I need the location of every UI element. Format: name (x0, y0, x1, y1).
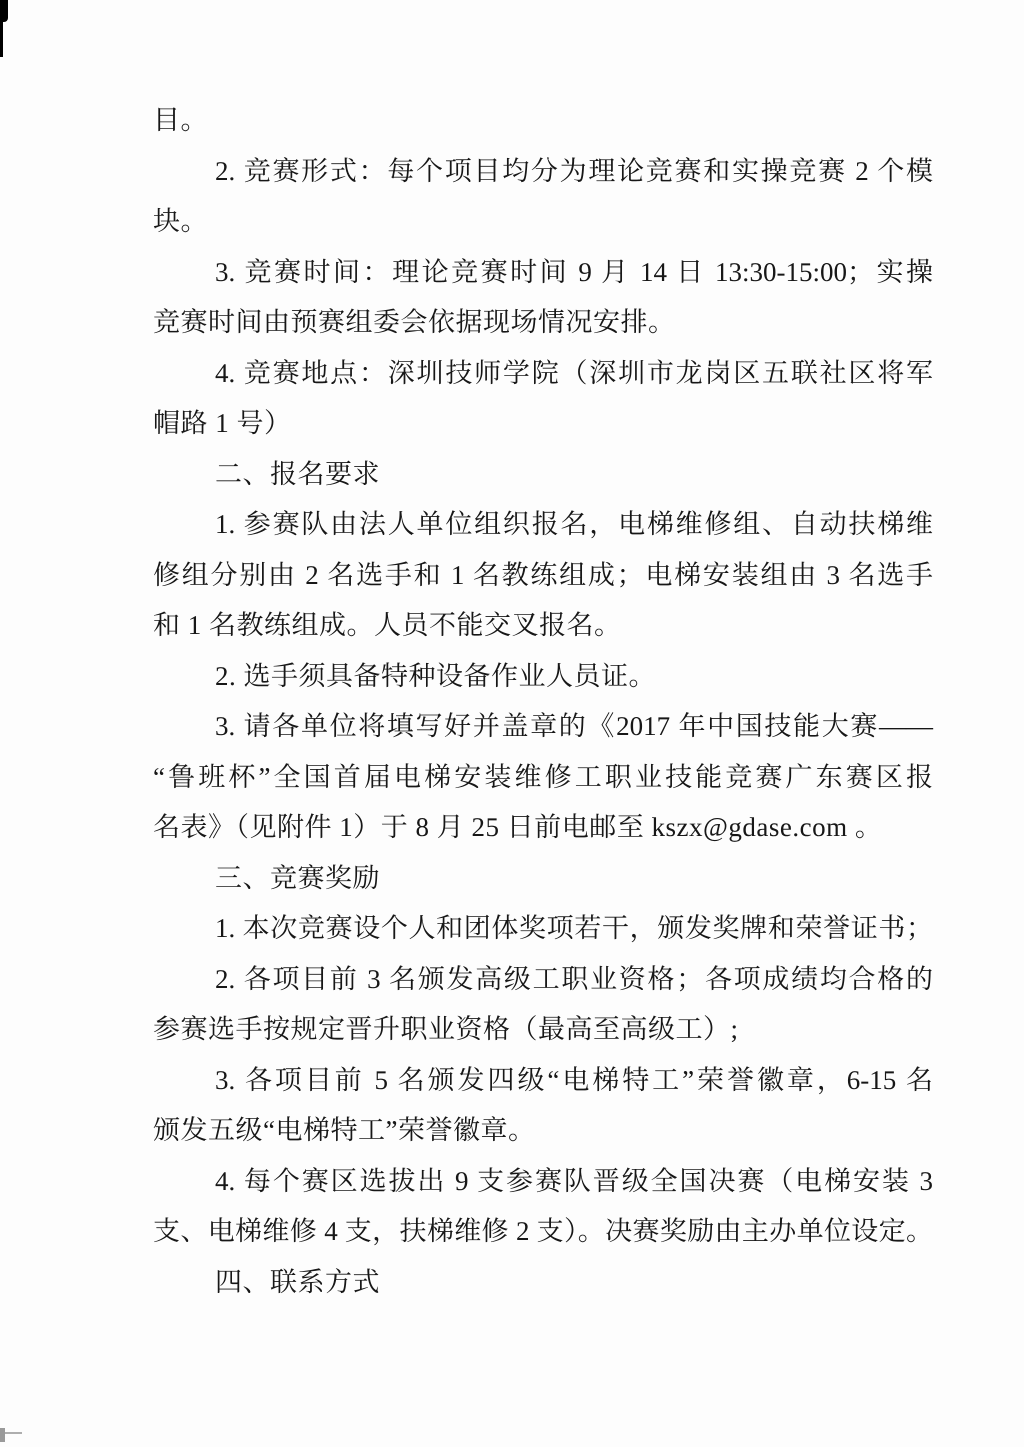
document-line: 3. 各项目前 5 名颁发四级“电梯特工”荣誉徽章，6-15 名 (153, 1055, 933, 1106)
document-section-heading: 二、报名要求 (153, 449, 933, 500)
document-line: 修组分别由 2 名选手和 1 名教练组成；电梯安装组由 3 名选手 (153, 550, 933, 601)
document-line: 名表》（见附件 1）于 8 月 25 日前电邮至 kszx@gdase.com … (153, 802, 933, 853)
document-line: 目。 (153, 95, 933, 146)
document-line: 竞赛时间由预赛组委会依据现场情况安排。 (153, 297, 933, 348)
document-line: 1. 参赛队由法人单位组织报名，电梯维修组、自动扶梯维 (153, 499, 933, 550)
scan-artifact-top-left (0, 0, 8, 22)
document-line: 2. 竞赛形式：每个项目均分为理论竞赛和实操竞赛 2 个模 (153, 146, 933, 197)
document-page: 目。 2. 竞赛形式：每个项目均分为理论竞赛和实操竞赛 2 个模 块。 3. 竞… (0, 0, 1024, 1447)
document-line: 2. 选手须具备特种设备作业人员证。 (153, 651, 933, 702)
document-line: 参赛选手按规定晋升职业资格（最高至高级工）; (153, 1004, 933, 1055)
document-line: 帽路 1 号） (153, 398, 933, 449)
document-line: “鲁班杯”全国首届电梯安装维修工职业技能竞赛广东赛区报 (153, 752, 933, 803)
document-line: 3. 竞赛时间：理论竞赛时间 9 月 14 日 13:30-15:00；实操 (153, 247, 933, 298)
document-line: 1. 本次竞赛设个人和团体奖项若干，颁发奖牌和荣誉证书； (153, 903, 933, 954)
document-line: 4. 竞赛地点：深圳技师学院（深圳市龙岗区五联社区将军 (153, 348, 933, 399)
document-line: 4. 每个赛区选拔出 9 支参赛队晋级全国决赛（电梯安装 3 (153, 1156, 933, 1207)
scan-artifact-top-left-line (0, 0, 3, 57)
document-line: 颁发五级“电梯特工”荣誉徽章。 (153, 1105, 933, 1156)
document-text-block: 目。 2. 竞赛形式：每个项目均分为理论竞赛和实操竞赛 2 个模 块。 3. 竞… (153, 95, 933, 1307)
document-line: 块。 (153, 196, 933, 247)
scan-artifact-bottom-left-blob (0, 1428, 5, 1442)
document-section-heading: 四、联系方式 (153, 1257, 933, 1308)
document-line: 和 1 名教练组成。人员不能交叉报名。 (153, 600, 933, 651)
document-line: 2. 各项目前 3 名颁发高级工职业资格；各项成绩均合格的 (153, 954, 933, 1005)
document-section-heading: 三、竞赛奖励 (153, 853, 933, 904)
document-line: 3. 请各单位将填写好并盖章的《2017 年中国技能大赛—— (153, 701, 933, 752)
scan-artifact-bottom-left (0, 1432, 22, 1434)
document-line: 支、电梯维修 4 支，扶梯维修 2 支）。决赛奖励由主办单位设定。 (153, 1206, 933, 1257)
